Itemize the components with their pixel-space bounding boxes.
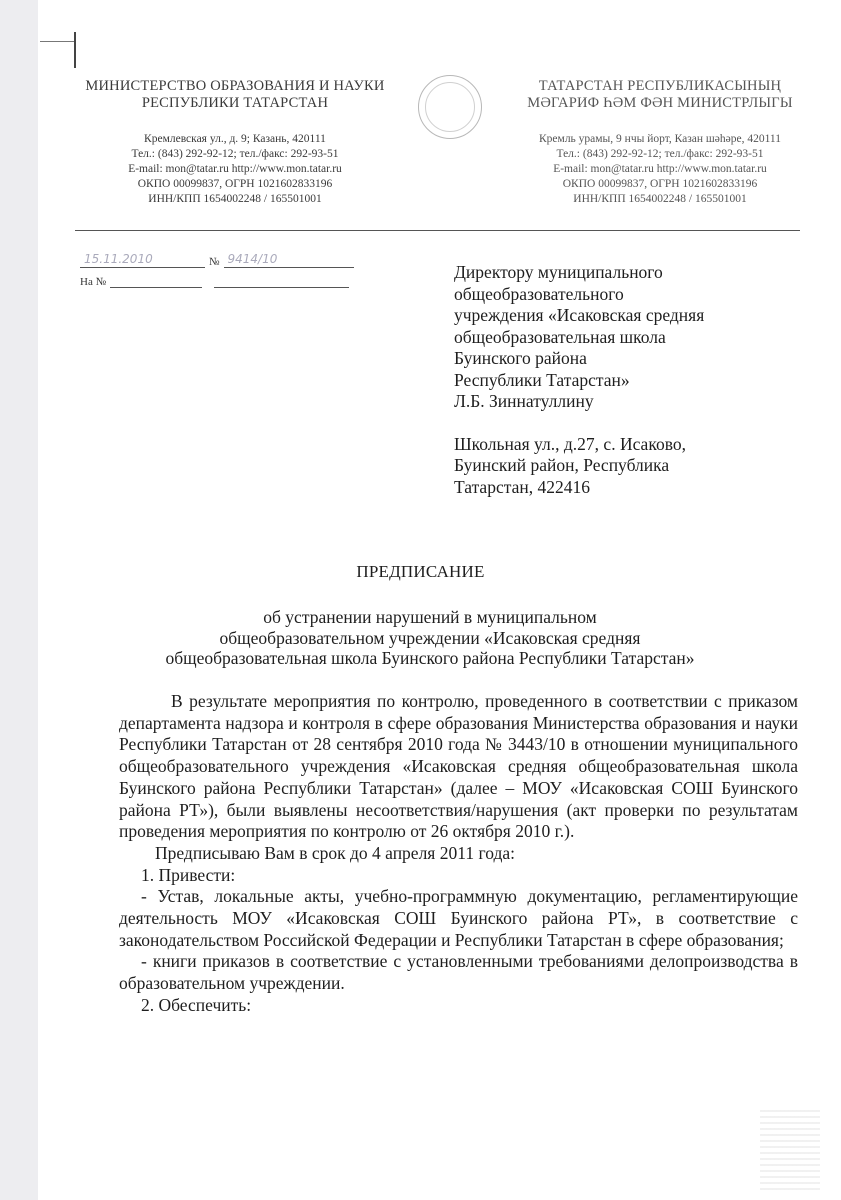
ministry-name-tt: ТАТАРСТАН РЕСПУБЛИКАСЫНЫҢ МӘГАРИФ ҺӘМ ФӘ… [510, 78, 810, 112]
ministry-name-line: РЕСПУБЛИКИ ТАТАРСТАН [70, 95, 400, 112]
item-2-heading: 2. Обеспечить: [119, 995, 798, 1017]
emblem-seal-icon [418, 75, 482, 139]
document-title: ПРЕДПИСАНИЕ [0, 562, 841, 582]
okpo-ogrn: ОКПО 00099837, ОГРН 1021602833196 [70, 177, 400, 192]
scan-mark [74, 32, 76, 68]
addressee-line: общеобразовательная школа [454, 327, 814, 349]
subtitle-line: об устранении нарушений в муниципальном [120, 607, 740, 628]
email-web: E-mail: mon@tatar.ru http://www.mon.tata… [70, 162, 400, 177]
addressee-block: Директору муниципального общеобразовател… [454, 262, 814, 498]
document-body: В результате мероприятия по контролю, пр… [119, 691, 798, 1017]
header-divider [75, 230, 800, 231]
address: Кремль урамы, 9 нчы йорт, Казан шәһәре, … [510, 132, 810, 147]
ministry-name-line: МӘГАРИФ ҺӘМ ФӘН МИНИСТРЛЫГЫ [510, 95, 810, 112]
ministry-name-line: ТАТАРСТАН РЕСПУБЛИКАСЫНЫҢ [510, 78, 810, 95]
faded-stamp-bleed [760, 1110, 820, 1190]
reply-number [110, 272, 202, 288]
document-subtitle: об устранении нарушений в муниципальном … [120, 607, 740, 669]
reply-date [214, 272, 349, 288]
email-web: E-mail: mon@tatar.ru http://www.mon.tata… [510, 162, 810, 177]
addressee-address-line: Буинский район, Республика [454, 455, 814, 477]
phone: Тел.: (843) 292-92-12; тел./факс: 292-93… [510, 147, 810, 162]
inn-kpp: ИНН/КПП 1654002248 / 165501001 [510, 192, 810, 207]
order-paragraph: Предписываю Вам в срок до 4 апреля 2011 … [119, 843, 798, 865]
addressee-address-line: Школьная ул., д.27, с. Исаково, [454, 434, 814, 456]
outgoing-number: 9414/10 [224, 252, 354, 268]
item-1-heading: 1. Привести: [119, 865, 798, 887]
phone: Тел.: (843) 292-92-12; тел./факс: 292-93… [70, 147, 400, 162]
addressee-address-line: Татарстан, 422416 [454, 477, 814, 499]
inn-kpp: ИНН/КПП 1654002248 / 165501001 [70, 192, 400, 207]
item-1-bullet-2: - книги приказов в соответствие с устано… [119, 951, 798, 994]
number-label: № [209, 256, 220, 268]
addressee-line: учреждения «Исаковская средняя [454, 305, 814, 327]
ministry-header-russian: МИНИСТЕРСТВО ОБРАЗОВАНИЯ И НАУКИ РЕСПУБЛ… [70, 78, 400, 207]
ministry-name-line: МИНИСТЕРСТВО ОБРАЗОВАНИЯ И НАУКИ [70, 78, 400, 95]
ministry-header-tatar: ТАТАРСТАН РЕСПУБЛИКАСЫНЫҢ МӘГАРИФ ҺӘМ ФӘ… [510, 78, 810, 207]
registration-block: 15.11.2010 № 9414/10 На № [80, 248, 354, 288]
address: Кремлевская ул., д. 9; Казань, 420111 [70, 132, 400, 147]
ministry-contacts-ru: Кремлевская ул., д. 9; Казань, 420111 Те… [70, 132, 400, 207]
scan-mark [40, 41, 75, 42]
addressee-line: Директору муниципального [454, 262, 814, 284]
reply-label: На № [80, 276, 106, 288]
addressee-line: общеобразовательного [454, 284, 814, 306]
intro-paragraph: В результате мероприятия по контролю, пр… [119, 691, 798, 843]
ministry-name-ru: МИНИСТЕРСТВО ОБРАЗОВАНИЯ И НАУКИ РЕСПУБЛ… [70, 78, 400, 112]
outgoing-date: 15.11.2010 [80, 252, 205, 268]
addressee-line: Республики Татарстан» [454, 370, 814, 392]
subtitle-line: общеобразовательная школа Буинского райо… [120, 648, 740, 669]
addressee-name: Л.Б. Зиннатуллину [454, 391, 814, 413]
item-1-bullet-1: - Устав, локальные акты, учебно-программ… [119, 886, 798, 951]
okpo-ogrn: ОКПО 00099837, ОГРН 1021602833196 [510, 177, 810, 192]
ministry-contacts-tt: Кремль урамы, 9 нчы йорт, Казан шәһәре, … [510, 132, 810, 207]
addressee-line: Буинского района [454, 348, 814, 370]
subtitle-line: общеобразовательном учреждении «Исаковск… [120, 628, 740, 649]
